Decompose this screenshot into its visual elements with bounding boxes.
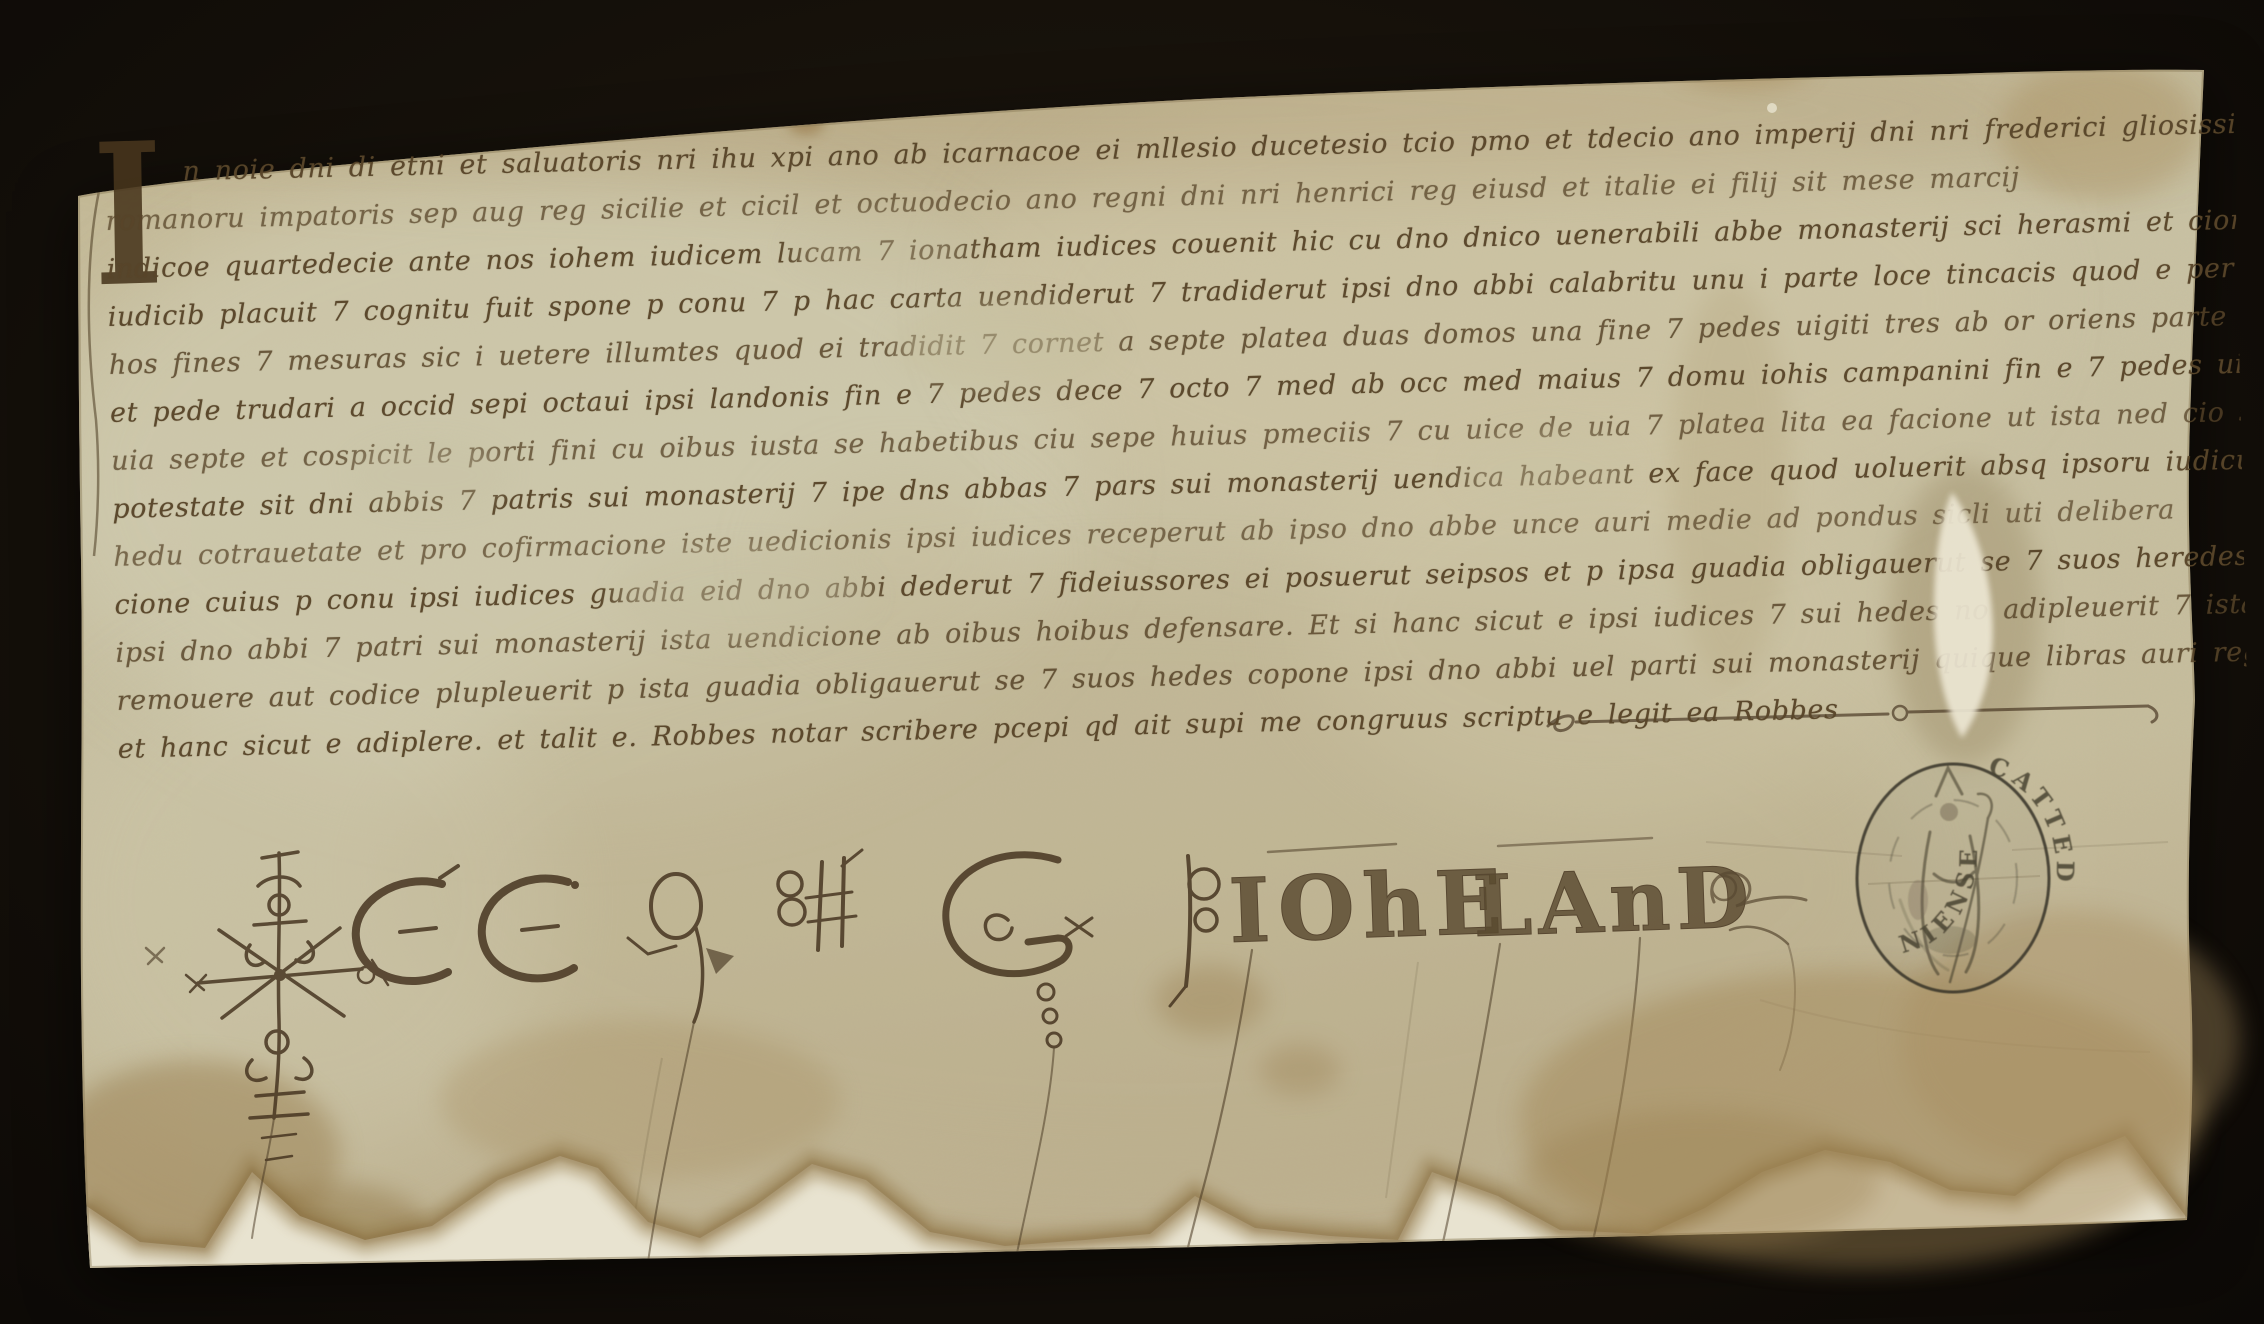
photograph-backdrop: IOhE LAnD	[0, 0, 2264, 1324]
manuscript-text-block: n noie dni di etni et saluatoris nri ihu…	[104, 101, 2248, 774]
signature-iohannes-text: IOhE	[1227, 849, 1511, 963]
